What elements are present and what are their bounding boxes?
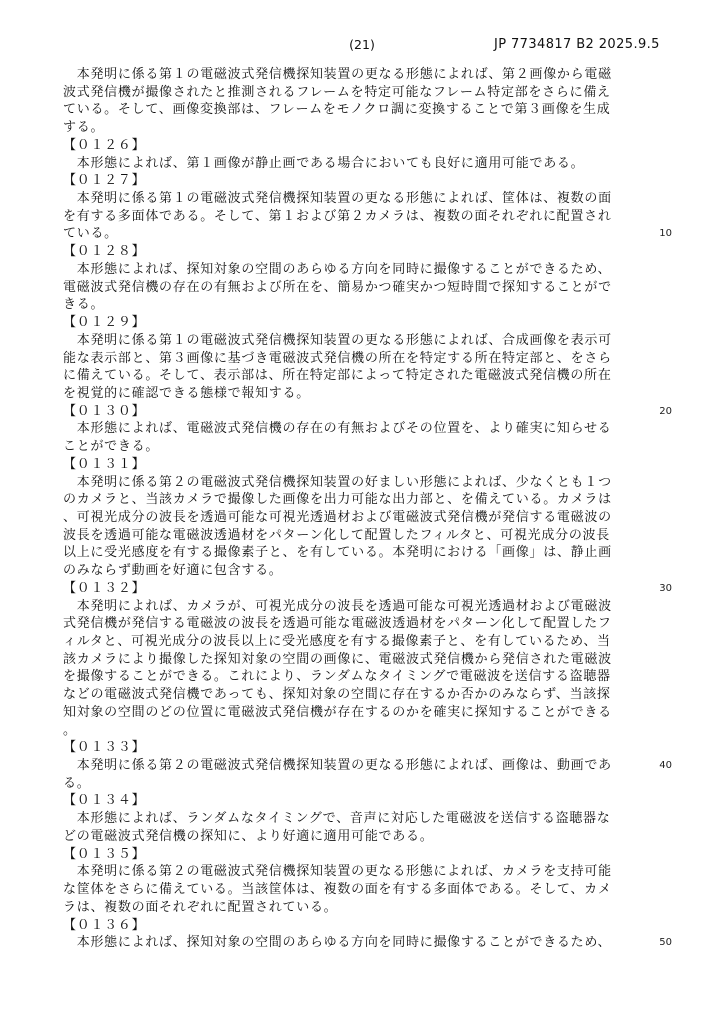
- text-line: に備えている。そして、表示部は、所在特定部によって特定された電磁波式発信機の所在: [63, 367, 619, 385]
- text-line: 本発明に係る第２の電磁波式発信機探知装置の好ましい形態によれば、少なくとも１つ: [63, 474, 619, 492]
- paragraph-number: 【０１２６】: [63, 137, 619, 155]
- paragraph-number: 【０１２８】: [63, 243, 619, 261]
- text-line: 波長を透過可能な電磁波透過材をパターン化して配置したフィルタと、可視光成分の波長: [63, 527, 619, 545]
- text-line: 本発明に係る第１の電磁波式発信機探知装置の更なる形態によれば、合成画像を表示可: [63, 332, 619, 350]
- paragraph-number: 【０１３４】: [63, 792, 619, 810]
- paragraph-number: 【０１３３】: [63, 739, 619, 757]
- body-lines: 本発明に係る第１の電磁波式発信機探知装置の更なる形態によれば、第２画像から電磁波…: [63, 66, 619, 952]
- text-line: を有する多面体である。そして、第１および第２カメラは、複数の面それぞれに配置され: [63, 208, 619, 226]
- text-line: どの電磁波式発信機の探知に、より好適に適用可能である。: [63, 828, 619, 846]
- paragraph-number: 【０１２９】: [63, 314, 619, 332]
- text-line: 能な表示部と、第３画像に基づき電磁波式発信機の所在を特定する所在特定部と、をさら: [63, 350, 619, 368]
- text-line: を視覚的に確認できる態様で報知する。: [63, 385, 619, 403]
- paragraph-number: 【０１２７】: [63, 172, 619, 190]
- paragraph-number: 【０１３２】: [63, 580, 619, 598]
- text-line: る。: [63, 775, 619, 793]
- margin-line-number: 40: [652, 757, 672, 775]
- text-line: 波式発信機が撮像されたと推測されるフレームを特定可能なフレーム特定部をさらに備え: [63, 84, 619, 102]
- paragraph-number: 【０１３１】: [63, 456, 619, 474]
- text-line: 本発明に係る第２の電磁波式発信機探知装置の更なる形態によれば、画像は、動画であ: [63, 757, 619, 775]
- text-line: 。: [63, 722, 619, 740]
- text-line: きる。: [63, 296, 619, 314]
- text-line: ィルタと、可視光成分の波長以上に受光感度を有する撮像素子と、を有しているため、当: [63, 633, 619, 651]
- text-line: などの電磁波式発信機であっても、探知対象の空間に存在するか否かのみならず、当該探: [63, 686, 619, 704]
- paragraph-number: 【０１３０】: [63, 403, 619, 421]
- paragraph-number: 【０１３５】: [63, 846, 619, 864]
- text-line: 本発明に係る第１の電磁波式発信機探知装置の更なる形態によれば、筐体は、複数の面: [63, 190, 619, 208]
- text-line: 本形態によれば、探知対象の空間のあらゆる方向を同時に撮像することができるため、: [63, 261, 619, 279]
- margin-line-number: 50: [652, 934, 672, 952]
- text-line: 本形態によれば、ランダムなタイミングで、音声に対応した電磁波を送信する盗聴器な: [63, 810, 619, 828]
- text-line: 、可視光成分の波長を透過可能な可視光透過材および電磁波式発信機が発信する電磁波の: [63, 509, 619, 527]
- text-line: ている。: [63, 225, 619, 243]
- text-line: 本形態によれば、電磁波式発信機の存在の有無およびその位置を、より確実に知らせる: [63, 420, 619, 438]
- text-line: 本発明に係る第２の電磁波式発信機探知装置の更なる形態によれば、カメラを支持可能: [63, 863, 619, 881]
- text-line: 電磁波式発信機の存在の有無および所在を、簡易かつ確実かつ短時間で探知することがで: [63, 279, 619, 297]
- margin-line-number: 20: [652, 403, 672, 421]
- text-line: のみならず動画を好適に包含する。: [63, 562, 619, 580]
- text-line: 本形態によれば、第１画像が静止画である場合においても良好に適用可能である。: [63, 155, 619, 173]
- margin-line-numbers: 1020304050: [652, 0, 672, 1024]
- margin-line-number: 10: [652, 225, 672, 243]
- text-line: な筐体をさらに備えている。当該筐体は、複数の面を有する多面体である。そして、カメ: [63, 881, 619, 899]
- text-line: ている。そして、画像変換部は、フレームをモノクロ調に変換することで第３画像を生成: [63, 101, 619, 119]
- text-line: 以上に受光感度を有する撮像素子と、を有している。本発明における「画像」は、静止画: [63, 544, 619, 562]
- text-line: 該カメラにより撮像した探知対象の空間の画像に、電磁波式発信機から発信された電磁波: [63, 651, 619, 669]
- text-line: 知対象の空間のどの位置に電磁波式発信機が存在するのかを確実に探知することができる: [63, 704, 619, 722]
- text-line: する。: [63, 119, 619, 137]
- text-line: 本形態によれば、探知対象の空間のあらゆる方向を同時に撮像することができるため、: [63, 934, 619, 952]
- text-line: 本発明によれば、カメラが、可視光成分の波長を透過可能な可視光透過材および電磁波: [63, 598, 619, 616]
- text-line: を撮像することができる。これにより、ランダムなタイミングで電磁波を送信する盗聴器: [63, 668, 619, 686]
- text-line: 本発明に係る第１の電磁波式発信機探知装置の更なる形態によれば、第２画像から電磁: [63, 66, 619, 84]
- text-line: ラは、複数の面それぞれに配置されている。: [63, 899, 619, 917]
- paragraph-number: 【０１３６】: [63, 917, 619, 935]
- patent-document-page: (21) JP 7734817 B2 2025.9.5 本発明に係る第１の電磁波…: [0, 0, 724, 1024]
- header-doc-id: JP 7734817 B2 2025.9.5: [494, 37, 660, 52]
- text-line: ことができる。: [63, 438, 619, 456]
- margin-line-number: 30: [652, 580, 672, 598]
- text-line: 式発信機が発信する電磁波の波長を透過可能な電磁波透過材をパターン化して配置したフ: [63, 615, 619, 633]
- text-line: のカメラと、当該カメラで撮像した画像を出力可能な出力部と、を備えている。カメラは: [63, 491, 619, 509]
